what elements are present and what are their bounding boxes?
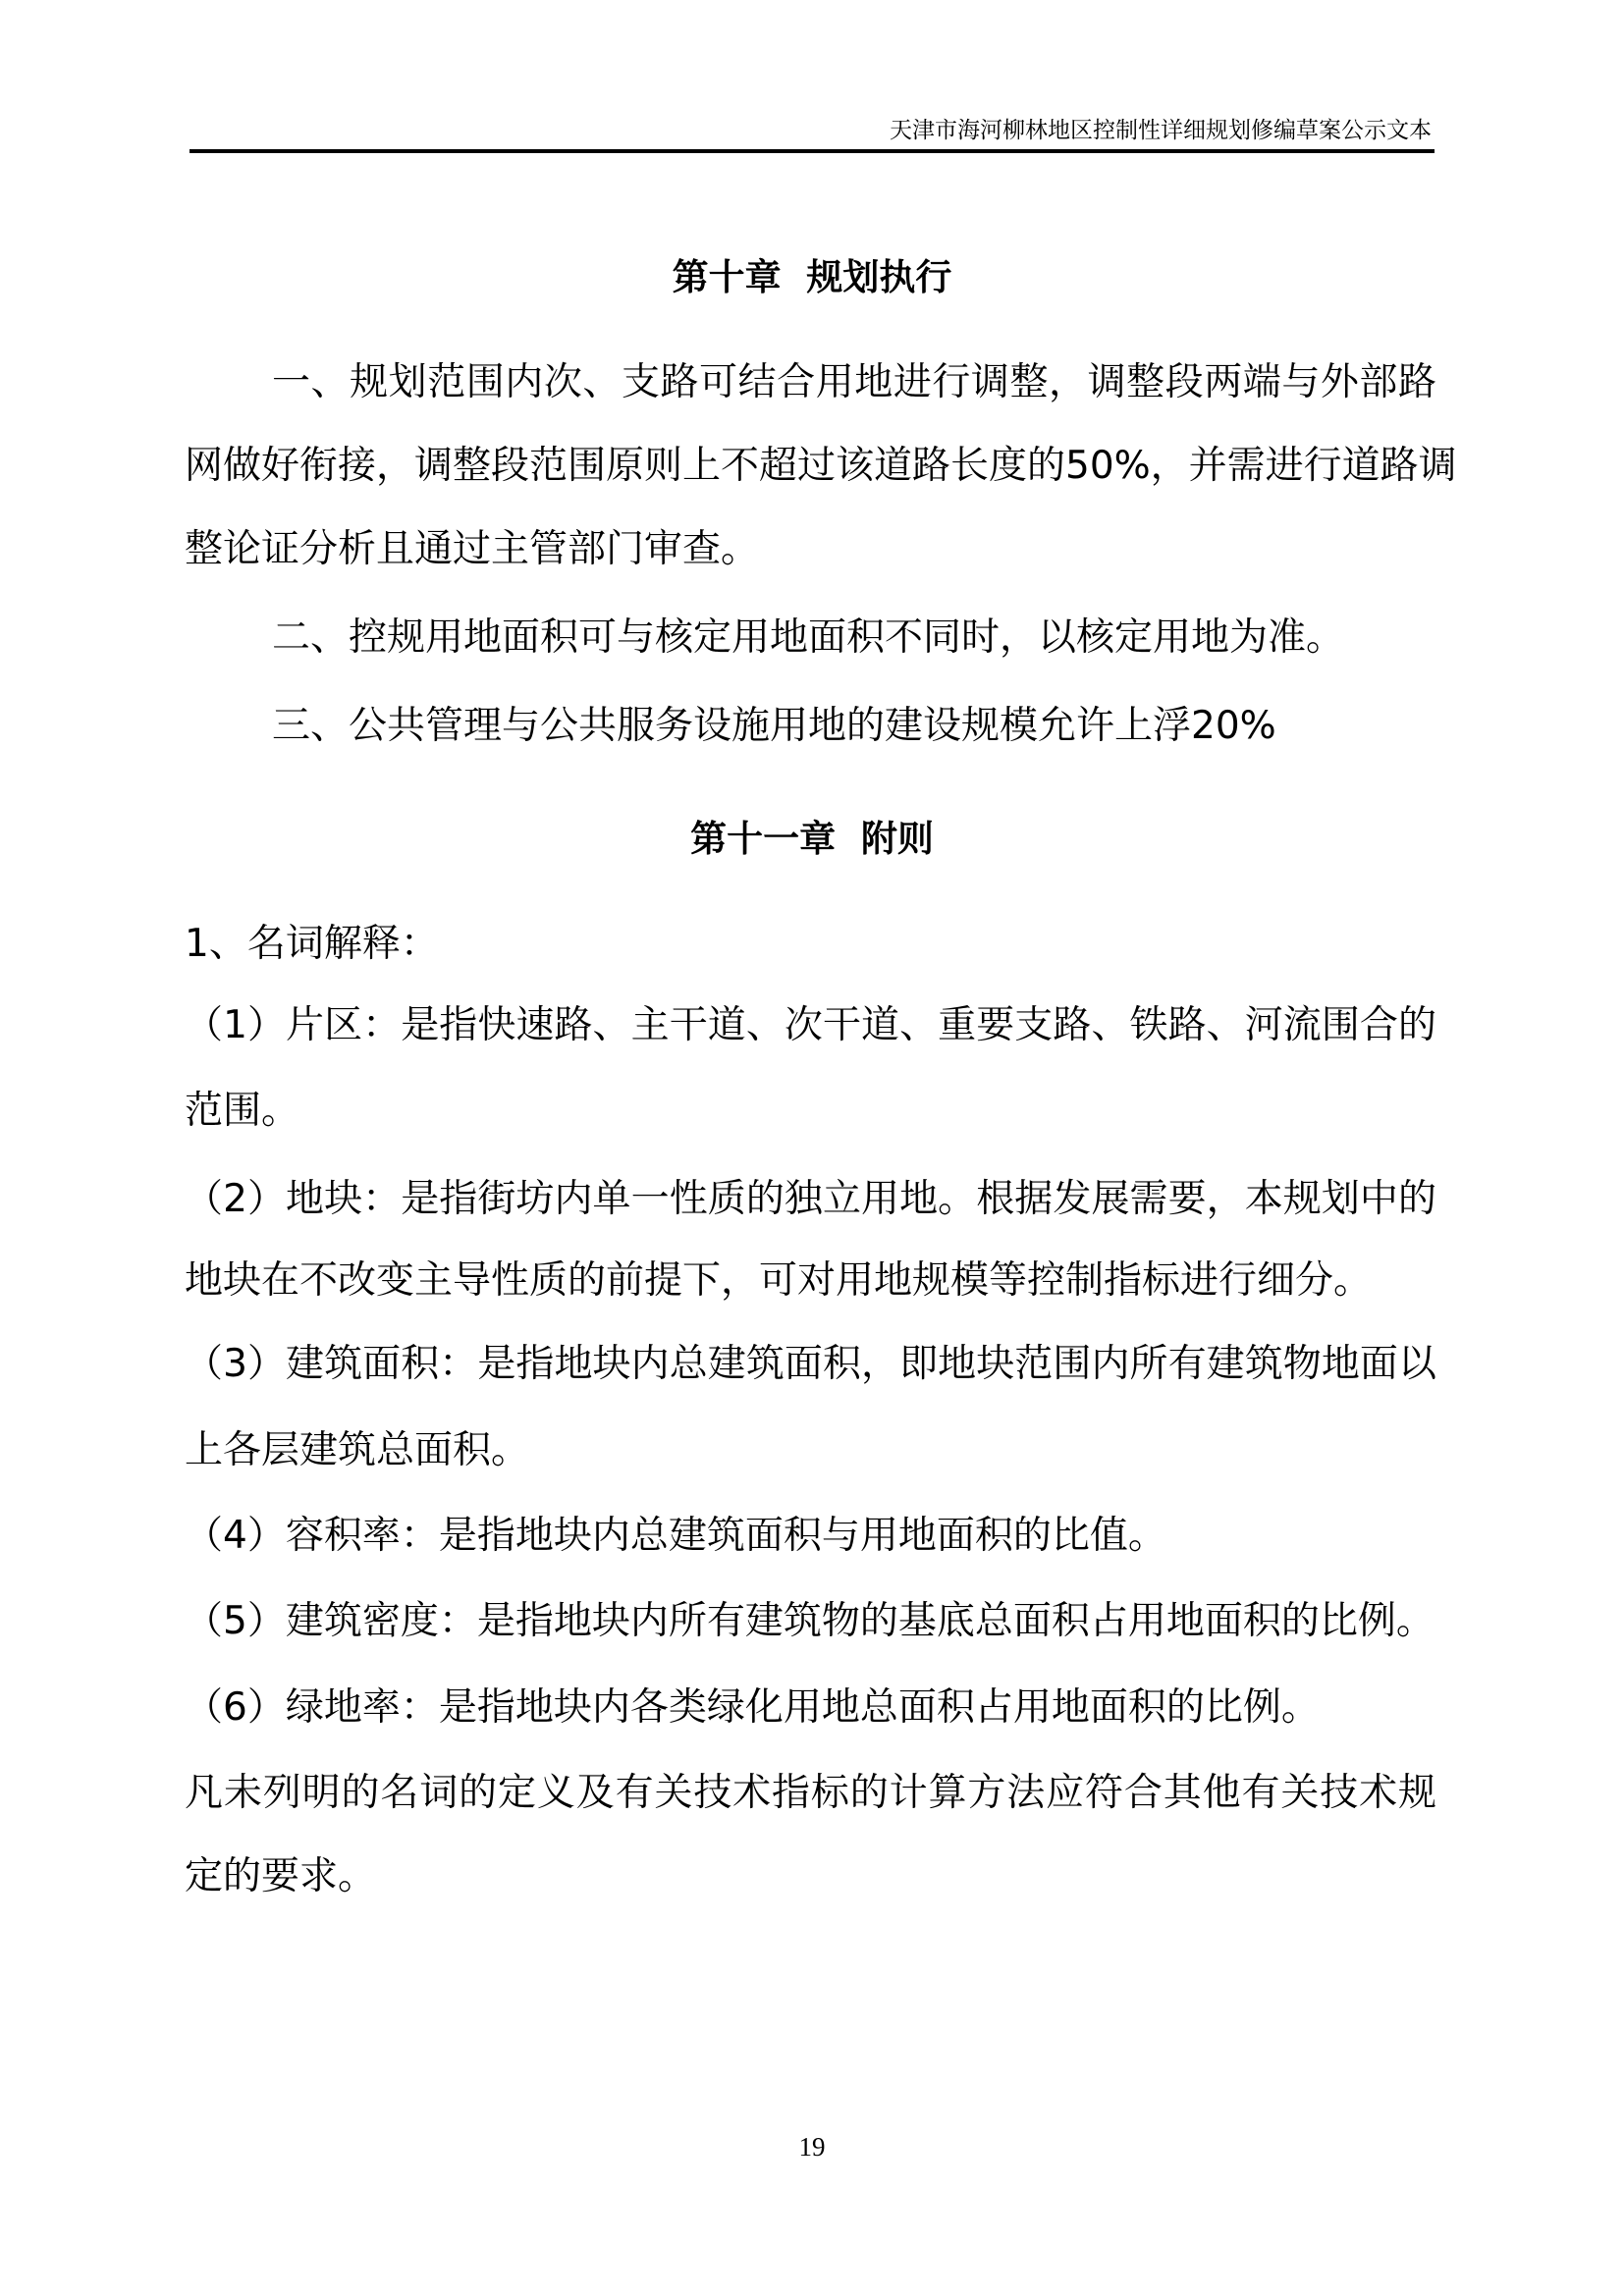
text-line: （1）片区：是指快速路、主干道、次干道、重要支路、铁路、河流围合的 xyxy=(185,1000,1436,1051)
chapter-11-title: 第十一章 附则 xyxy=(0,815,1624,864)
document-title: 天津市海河柳林地区控制性详细规划修编草案公示文本 xyxy=(890,116,1432,145)
text-line: （2）地块：是指街坊内单一性质的独立用地。根据发展需要，本规划中的 xyxy=(185,1174,1436,1225)
text-line: （4）容积率：是指地块内总建筑面积与用地面积的比值。 xyxy=(185,1511,1436,1562)
section-label: 1、名词解释： xyxy=(185,919,1436,970)
header-divider xyxy=(189,149,1435,153)
text-line: 范围。 xyxy=(185,1086,1436,1137)
page-number: 19 xyxy=(0,2132,1624,2162)
text-line: 地块在不改变主导性质的前提下，可对用地规模等控制指标进行细分。 xyxy=(185,1255,1436,1307)
chapter-10-title: 第十章 规划执行 xyxy=(0,253,1624,302)
text-line: （5）建筑密度：是指地块内所有建筑物的基底总面积占用地面积的比例。 xyxy=(185,1596,1436,1647)
text-line: 凡未列明的名词的定义及有关技术指标的计算方法应符合其他有关技术规 xyxy=(185,1768,1436,1819)
text-line: （3）建筑面积：是指地块内总建筑面积，即地块范围内所有建筑物地面以 xyxy=(185,1339,1436,1390)
text-line: 三、公共管理与公共服务设施用地的建设规模允许上浮20% xyxy=(272,701,1436,752)
text-line: 上各层建筑总面积。 xyxy=(185,1425,1436,1476)
text-line: 整论证分析且通过主管部门审查。 xyxy=(185,524,1436,575)
text-line: 定的要求。 xyxy=(185,1851,1436,1902)
text-line: （6）绿地率：是指地块内各类绿化用地总面积占用地面积的比例。 xyxy=(185,1682,1436,1734)
text-line: 一、规划范围内次、支路可结合用地进行调整，调整段两端与外部路 xyxy=(272,357,1436,408)
text-line: 网做好衔接，调整段范围原则上不超过该道路长度的50%，并需进行道路调 xyxy=(185,441,1436,492)
text-line: 二、控规用地面积可与核定用地面积不同时，以核定用地为准。 xyxy=(272,613,1436,664)
